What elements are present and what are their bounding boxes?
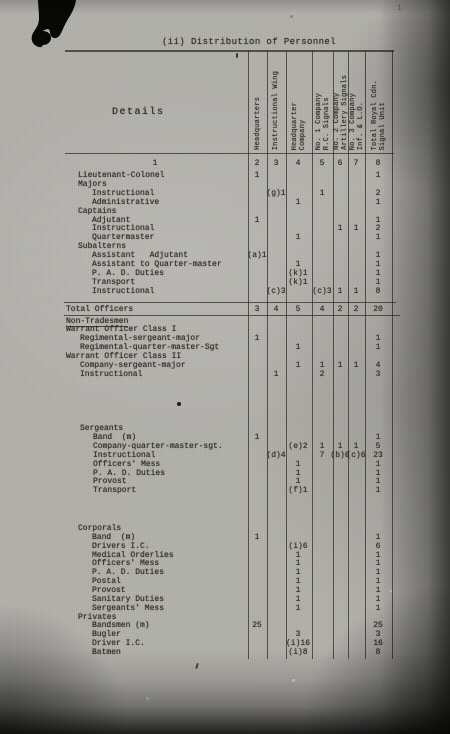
row-label: Majors — [78, 180, 107, 189]
cell-c8: 2 — [363, 189, 393, 198]
cell-c5: 1 — [307, 189, 337, 198]
row-label: Company-sergeant-major — [80, 361, 186, 370]
cell-c8: 1 — [363, 586, 393, 595]
cell-c8: 1 — [363, 251, 393, 260]
cell-c8: 3 — [363, 630, 393, 639]
row-label: Warrant Officer Class II — [66, 352, 181, 361]
cell-c8: 23 — [363, 451, 393, 460]
cell-c4: 3 — [283, 630, 313, 639]
cell-c8: 1 — [363, 216, 393, 225]
cell-c8: 1 — [363, 433, 393, 442]
cell-c2: 1 — [242, 171, 272, 180]
cell-c4: 1 — [283, 477, 313, 486]
row-label: Transport — [93, 486, 136, 495]
column-index-4: 4 — [288, 159, 308, 168]
cell-c4: 1 — [283, 233, 313, 242]
cell-c8: 1 — [363, 577, 393, 586]
cell-c4: (i)16 — [283, 639, 313, 648]
column-header-c2: Headquarters — [248, 54, 267, 150]
cell-c8: 3 — [363, 370, 393, 379]
cell-c4: 1 — [283, 568, 313, 577]
scanned-page: 1 (ii) Distribution of Personnel Details… — [0, 0, 450, 734]
row-label: Sanitary Duties — [92, 595, 164, 604]
cell-c8: 20 — [363, 305, 393, 314]
cell-c8: 1 — [363, 469, 393, 478]
cell-c8: 1 — [363, 477, 393, 486]
cell-c8: 8 — [363, 287, 393, 296]
row-label: Assistant Adjutant — [92, 251, 188, 260]
cell-c3: (c)3 — [261, 287, 291, 296]
cell-c8: 1 — [363, 198, 393, 207]
row-label: Sergeants — [80, 424, 123, 433]
column-index-8: 8 — [368, 159, 388, 168]
cell-c8: 1 — [363, 604, 393, 613]
column-header-label: No. 1 Company R.C. Signals — [315, 93, 331, 150]
row-label: Postal — [92, 577, 121, 586]
column-header-c8: Total Royal Cdn. Signal Unit — [365, 54, 392, 150]
row-label: Bandsmen (m) — [92, 621, 150, 630]
column-header-label: Headquarter Company — [291, 102, 307, 150]
cell-c8: 16 — [363, 639, 393, 648]
cell-c8: 6 — [363, 542, 393, 551]
row-label: Band (m) — [93, 433, 136, 442]
cell-c2: 25 — [242, 621, 272, 630]
column-header-c7: No. 3 Company Inf. & L.O. — [348, 54, 365, 150]
cell-c8: 5 — [363, 442, 393, 451]
cell-c2: 1 — [242, 334, 272, 343]
horizontal-rule — [64, 302, 396, 303]
cell-c8: 1 — [363, 568, 393, 577]
cell-c4: 1 — [283, 586, 313, 595]
details-column-header: Details — [112, 107, 165, 118]
row-label: Administrative — [92, 198, 159, 207]
cell-c8: 1 — [363, 343, 393, 352]
cell-c8: 1 — [363, 559, 393, 568]
row-label: Instructional — [80, 370, 142, 379]
cell-c8: 1 — [363, 278, 393, 287]
cell-c2: (a)1 — [242, 251, 272, 260]
paper-speck — [292, 679, 295, 682]
cell-c4: (i)8 — [283, 648, 313, 657]
row-label: Corporals — [78, 524, 121, 533]
row-label: Subalterns — [78, 242, 126, 251]
row-label: P. A. D. Duties — [92, 269, 164, 278]
cell-c8: 1 — [363, 233, 393, 242]
cell-c8: 1 — [363, 269, 393, 278]
cell-c8: 8 — [363, 648, 393, 657]
column-header-c6: No. 2 Company Artillery Signals — [333, 54, 348, 150]
cell-c8: 1 — [363, 486, 393, 495]
cell-c2: 1 — [242, 533, 272, 542]
cell-c4: 1 — [283, 198, 313, 207]
ink-blot — [16, 0, 106, 58]
row-label: P. A. D. Duties — [92, 568, 164, 577]
horizontal-rule — [65, 50, 394, 52]
row-label: Driver I.C. — [92, 639, 145, 648]
row-label: Bugler — [92, 630, 121, 639]
row-label: Total Officers — [66, 305, 133, 314]
cell-c8: 1 — [363, 551, 393, 560]
column-index-1: 1 — [145, 159, 165, 168]
column-header-label: No. 3 Company Inf. & L.O. — [349, 93, 365, 150]
cell-c4: (f)1 — [283, 486, 313, 495]
cell-c8: 1 — [363, 334, 393, 343]
row-label: Sergeants' Mess — [92, 604, 164, 613]
column-header-c5: No. 1 Company R.C. Signals — [312, 54, 333, 150]
cell-c4: 1 — [283, 469, 313, 478]
cell-c8: 2 — [363, 224, 393, 233]
row-label: Captains — [78, 207, 116, 216]
paper-speck — [146, 697, 149, 700]
column-header-label: Headquarters — [254, 97, 262, 150]
column-header-label: Instructional Wing — [272, 71, 280, 150]
cell-c8: 4 — [363, 361, 393, 370]
row-label: Regimental-sergeant-major — [80, 334, 200, 343]
row-label: Quartermaster — [92, 233, 154, 242]
row-label: Transport — [92, 278, 135, 287]
cell-c4: 1 — [283, 595, 313, 604]
column-index-7: 7 — [346, 159, 366, 168]
row-label: Instructional — [92, 287, 154, 296]
row-label: Company-quarter-master-sgt. — [93, 442, 223, 451]
row-label: Instructional — [93, 451, 155, 460]
column-index-3: 3 — [266, 159, 286, 168]
cell-c4: 1 — [283, 460, 313, 469]
row-label: Provost — [92, 586, 126, 595]
cell-c4: 1 — [283, 577, 313, 586]
column-index-2: 2 — [247, 159, 267, 168]
row-label: Assistant to Quarter-master — [92, 260, 222, 269]
horizontal-rule — [65, 153, 394, 154]
row-label: Instructional — [92, 189, 154, 198]
personnel-table: Details HeadquartersInstructional WingHe… — [0, 0, 450, 734]
horizontal-rule — [64, 315, 400, 316]
cell-c3: 1 — [261, 370, 291, 379]
row-label: Lieutenant-Colonel — [78, 171, 164, 180]
cell-c8: 1 — [363, 260, 393, 269]
row-label: Batmen — [92, 648, 121, 657]
cell-c5: 2 — [307, 370, 337, 379]
cell-c4: 1 — [283, 551, 313, 560]
cell-c8: 1 — [363, 533, 393, 542]
paper-speck — [290, 15, 293, 18]
column-header-label: Total Royal Cdn. Signal Unit — [371, 80, 387, 150]
cell-c3: (d)4 — [261, 451, 291, 460]
column-header-label: No. 2 Company Artillery Signals — [333, 75, 349, 150]
column-header-c4: Headquarter Company — [286, 54, 313, 150]
cell-c4: 1 — [283, 343, 313, 352]
paper-speck — [390, 590, 392, 592]
cell-c4: 1 — [283, 604, 313, 613]
cell-c2: 1 — [242, 216, 272, 225]
column-header-c3: Instructional Wing — [267, 54, 286, 150]
cell-c4: 1 — [283, 559, 313, 568]
cell-c8: 25 — [363, 621, 393, 630]
row-label: Drivers I.C. — [92, 542, 150, 551]
ink-speck — [177, 402, 181, 406]
ink-speck — [236, 53, 238, 58]
column-index-5: 5 — [312, 159, 332, 168]
cell-c4: (k)1 — [283, 278, 313, 287]
cell-c4: (i)6 — [283, 542, 313, 551]
cell-c3: (g)1 — [261, 189, 291, 198]
cell-c4: (k)1 — [283, 269, 313, 278]
cell-c8: 1 — [363, 595, 393, 604]
row-label: Regimental-quarter-master-Sgt — [80, 343, 219, 352]
cell-c2: 1 — [242, 433, 272, 442]
cell-c4: 1 — [283, 260, 313, 269]
cell-c8: 1 — [363, 460, 393, 469]
row-label: Band (m) — [92, 533, 135, 542]
row-label: Officers' Mess — [93, 460, 160, 469]
cell-c8: 1 — [363, 171, 393, 180]
